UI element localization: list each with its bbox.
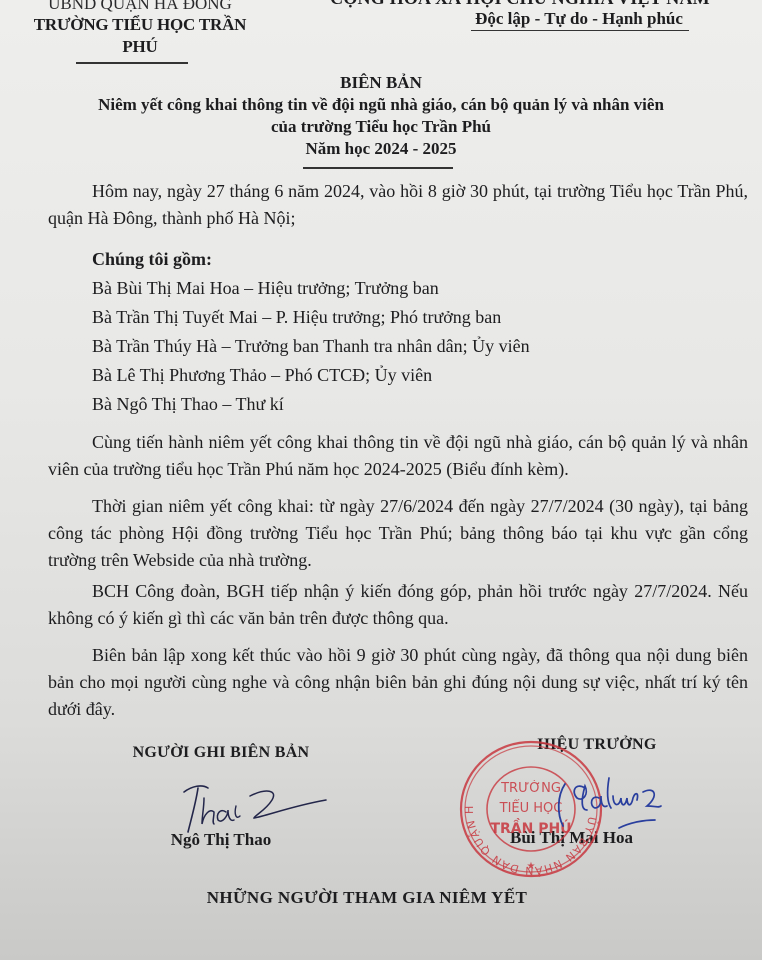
- participants-heading: NHỮNG NGƯỜI THAM GIA NIÊM YẾT: [0, 888, 762, 908]
- document-subject-line-2: của trường Tiểu học Trần Phú: [0, 116, 762, 138]
- members-lead: Chúng tôi gồm:: [92, 244, 748, 274]
- opening-paragraph: Hôm nay, ngày 27 tháng 6 năm 2024, vào h…: [48, 178, 748, 232]
- motto: Độc lập - Tự do - Hạnh phúc: [471, 9, 689, 31]
- members-list: Chúng tôi gồm: Bà Bùi Thị Mai Hoa – Hiệu…: [92, 244, 748, 419]
- participants-heading-text: NHỮNG NGƯỜI THAM GIA NIÊM YẾT: [207, 888, 528, 907]
- proceed-paragraph: Cùng tiến hành niêm yết công khai thông …: [48, 429, 748, 483]
- svg-text:★: ★: [527, 861, 536, 872]
- document-title-block: BIÊN BẢN Niêm yết công khai thông tin về…: [0, 72, 762, 169]
- header-national-motto: CỘNG HÒA XÃ HỘI CHỦ NGHĨA VIỆT NAM Độc l…: [290, 0, 750, 31]
- header-left-divider: [76, 62, 188, 64]
- recorder-signature-block: NGƯỜI GHI BIÊN BẢN Ngô Thị Thao: [96, 744, 346, 850]
- document-subject-line-1: Niêm yết công khai thông tin về đội ngũ …: [0, 94, 762, 116]
- member-item: Bà Ngô Thị Thao – Thư kí: [92, 390, 748, 419]
- closing-paragraph: Biên bản lập xong kết thúc vào hồi 9 giờ…: [48, 642, 748, 723]
- principal-signature-icon: [555, 770, 675, 840]
- svg-text:TRƯỜNG: TRƯỜNG: [500, 780, 561, 796]
- header-issuing-authority: UBND QUẬN HÀ ĐÔNG TRƯỜNG TIỂU HỌC TRẦN P…: [30, 0, 250, 64]
- member-item: Bà Trần Thúy Hà – Trưởng ban Thanh tra n…: [92, 332, 748, 361]
- nation-title: CỘNG HÒA XÃ HỘI CHỦ NGHĨA VIỆT NAM: [290, 0, 750, 9]
- school-year: Năm học 2024 - 2025: [0, 138, 762, 160]
- title-divider: [303, 167, 453, 169]
- member-item: Bà Trần Thị Tuyết Mai – P. Hiệu trưởng; …: [92, 303, 748, 332]
- document-type: BIÊN BẢN: [0, 72, 762, 94]
- authority-name: UBND QUẬN HÀ ĐÔNG: [30, 0, 250, 14]
- school-name: TRƯỜNG TIỂU HỌC TRẦN PHÚ: [30, 14, 250, 58]
- recorder-role: NGƯỜI GHI BIÊN BẢN: [96, 744, 346, 762]
- posting-period-paragraph: Thời gian niêm yết công khai: từ ngày 27…: [48, 493, 748, 574]
- recorder-signature-icon: [174, 780, 334, 840]
- document-body: Hôm nay, ngày 27 tháng 6 năm 2024, vào h…: [48, 178, 748, 723]
- member-item: Bà Lê Thị Phương Thảo – Phó CTCĐ; Ủy viê…: [92, 361, 748, 390]
- feedback-paragraph: BCH Công đoàn, BGH tiếp nhận ý kiến đóng…: [48, 578, 748, 632]
- svg-text:TIỂU HỌC: TIỂU HỌC: [499, 799, 563, 816]
- member-item: Bà Bùi Thị Mai Hoa – Hiệu trưởng; Trưởng…: [92, 274, 748, 303]
